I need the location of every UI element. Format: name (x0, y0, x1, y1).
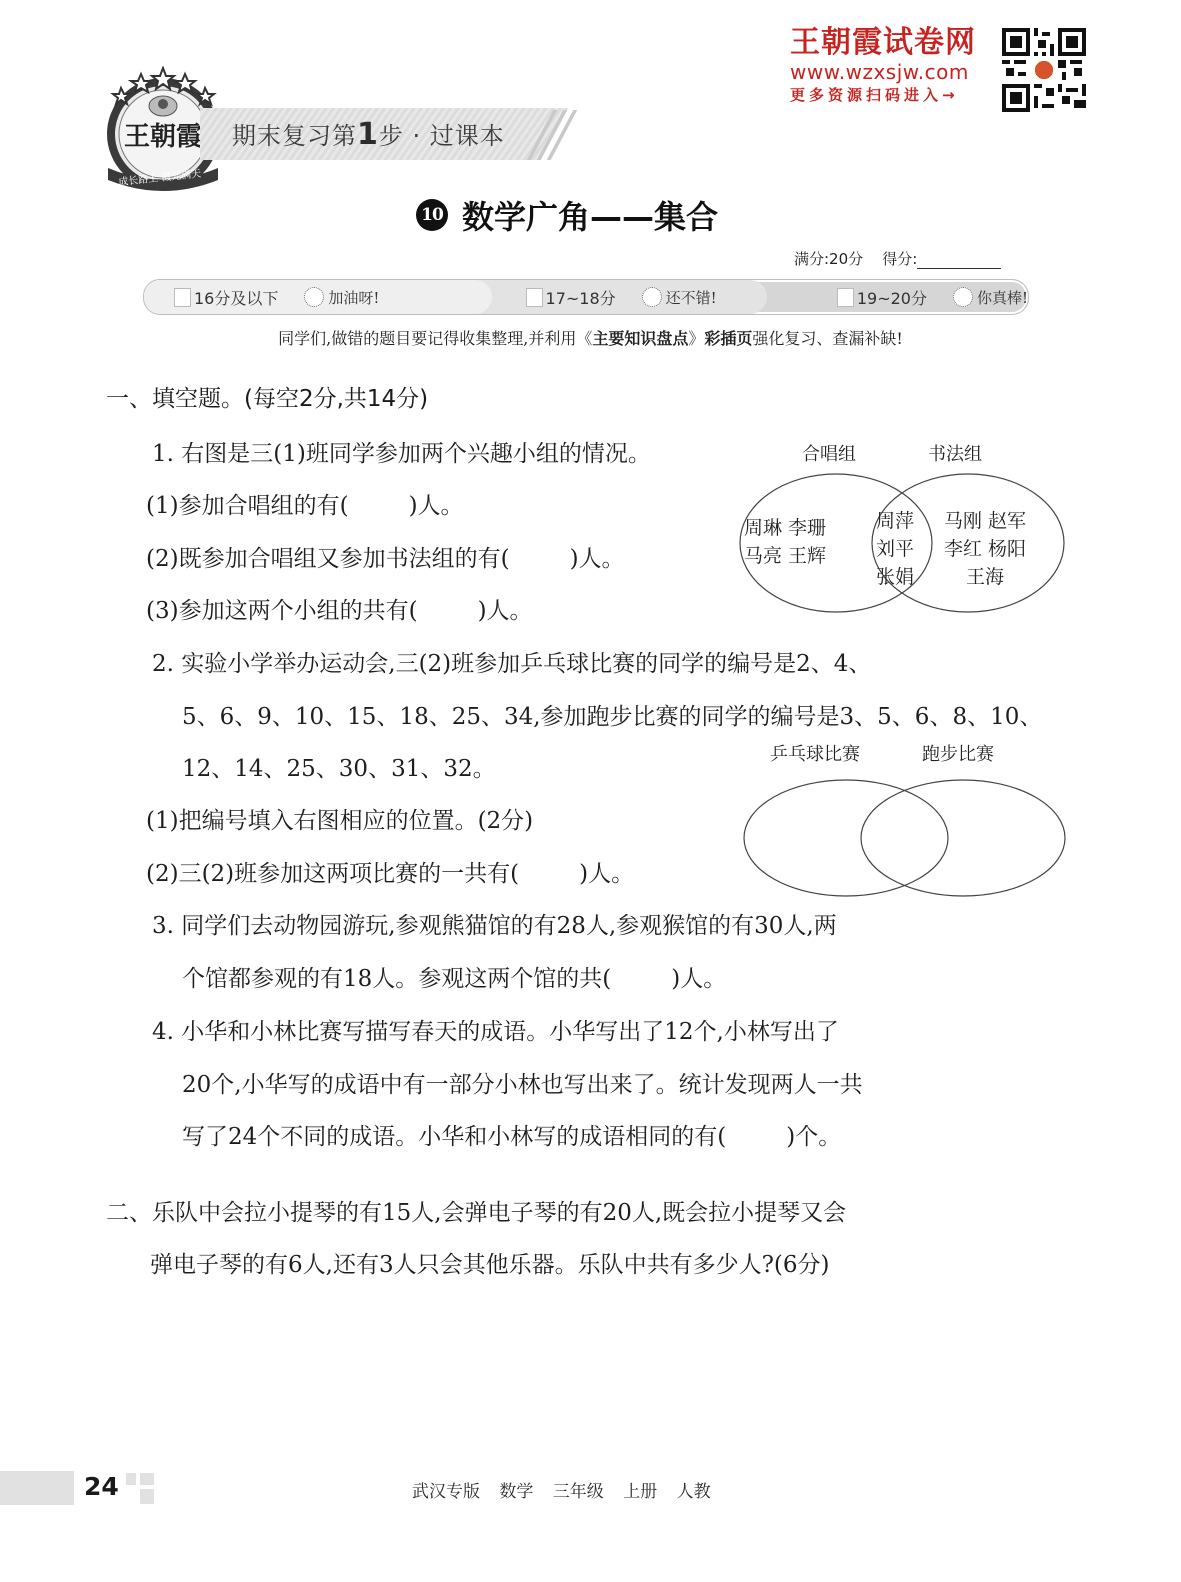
q1-sub2-text: )人。 (570, 546, 625, 572)
q1-sub3-text: )人。 (478, 598, 533, 624)
q1-sub3: (3)参加这两个小组的共有()人。 (146, 592, 533, 625)
q3-line2-text: )人。 (671, 966, 726, 992)
banner-step-number: 1 (357, 117, 379, 152)
venn1-left-only: 周琳 李珊 马亮 王辉 (744, 514, 826, 570)
page-number: 24 (84, 1472, 119, 1501)
note-text: 强化复习、查漏补缺! (752, 329, 902, 348)
footer-square-decoration (140, 1473, 154, 1485)
score-input-blank[interactable] (917, 254, 1001, 269)
tier-range: 16分及以下 (194, 286, 278, 309)
q1-sub2: (2)既参加合唱组又参加书法组的有()人。 (146, 540, 625, 573)
note-bold: 彩插页 (704, 329, 752, 348)
step-banner-text: 期末复习第1步 · 过课本 (232, 116, 505, 152)
venn1-right-row: 王海 (944, 563, 1026, 591)
score-band-tier-3: 19~20分 你真棒! (737, 280, 1028, 314)
tier-checkbox[interactable] (526, 288, 543, 307)
section-2-number: 二、 (106, 1200, 152, 1226)
section-2-line-1: 二、乐队中会拉小提琴的有15人,会弹电子琴的有20人,既会拉小提琴又会 (106, 1194, 846, 1227)
q2-line-2: 5、6、9、10、15、18、25、34,参加跑步比赛的同学的编号是3、5、6、… (182, 698, 1042, 731)
venn1-both-name: 周萍 (876, 507, 914, 535)
q4-line3-text: 写了24个不同的成语。小华和小林写的成语相同的有( (182, 1124, 726, 1150)
cheer-face-icon (304, 287, 324, 307)
venn1-right-label: 书法组 (928, 440, 982, 466)
q3-line2-text: 个馆都参观的有18人。参观这两个馆的共( (182, 966, 611, 992)
score-band-tier-1: 16分及以下 加油呀! (144, 280, 492, 314)
tier-praise: 加油呀! (328, 287, 379, 308)
lesson-title: 数学广角——集合 (462, 192, 718, 238)
logo-name: 王朝霞 (124, 116, 202, 153)
q3-line-2: 个馆都参观的有18人。参观这两个馆的共()人。 (182, 960, 726, 993)
happy-face-icon (953, 287, 973, 307)
q2-sub2: (2)三(2)班参加这两项比赛的一共有()人。 (146, 855, 634, 888)
venn2-left-label: 乒乓球比赛 (770, 740, 860, 766)
q4-line-1: 4. 小华和小林比赛写描写春天的成语。小华写出了12个,小林写出了 (152, 1013, 839, 1046)
note-bold: 主要知识盘点 (592, 329, 688, 348)
section-2-line-2: 弹电子琴的有6人,还有3人只会其他乐器。乐队中共有多少人?(6分) (150, 1246, 830, 1279)
venn1-intersection: 周萍 刘平 张娟 (876, 507, 914, 591)
tier-range: 19~20分 (857, 286, 927, 309)
smile-face-icon (642, 287, 662, 307)
page-title: 10 数学广角——集合 (416, 192, 718, 238)
section-2-text: 乐队中会拉小提琴的有15人,会弹电子琴的有20人,既会拉小提琴又会 (152, 1200, 846, 1226)
q1-sub3-text: (3)参加这两个小组的共有( (146, 598, 418, 624)
review-note: 同学们,做错的题目要记得收集整理,并利用《主要知识盘点》彩插页强化复习、查漏补缺… (0, 326, 1181, 349)
q2-line-1: 2. 实验小学举办运动会,三(2)班参加乒乓球比赛的同学的编号是2、4、 (152, 645, 871, 678)
full-score-label: 满分:20分 (794, 250, 863, 268)
footer-edition-info: 武汉专版 数学 三年级 上册 人教 (412, 1477, 711, 1502)
tier-praise: 还不错! (666, 287, 717, 308)
venn-diagram-pingpong-running[interactable] (740, 777, 1070, 897)
section-2-answer-area[interactable] (106, 1290, 1066, 1450)
brand-url[interactable]: www.wzxsjw.com (790, 60, 1000, 84)
venn1-right-row: 李红 杨阳 (944, 535, 1026, 563)
q4-line-3: 写了24个不同的成语。小华和小林写的成语相同的有()个。 (182, 1118, 841, 1151)
venn1-left-row: 马亮 王辉 (744, 542, 826, 570)
tier-checkbox[interactable] (837, 288, 854, 307)
q1-sub1-text: (1)参加合唱组的有( (146, 493, 349, 519)
got-score-label: 得分: (882, 250, 917, 268)
q1-stem: 1. 右图是三(1)班同学参加两个兴趣小组的情况。 (152, 435, 651, 468)
venn1-left-row: 周琳 李珊 (744, 514, 826, 542)
q2-sub1: (1)把编号填入右图相应的位置。(2分) (146, 802, 533, 835)
q1-sub1-text: )人。 (409, 493, 464, 519)
banner-suffix: 步 · 过课本 (379, 122, 505, 150)
score-band: 16分及以下 加油呀! 17~18分 还不错! 19~20分 你真棒! (143, 279, 1029, 315)
brand-block: 王朝霞试卷网 www.wzxsjw.com 更多资源扫码进入→ (790, 26, 1000, 106)
venn1-left-label: 合唱组 (802, 440, 856, 466)
footer-square-decoration (126, 1473, 136, 1485)
q2-sub2-text: (2)三(2)班参加这两项比赛的一共有( (146, 861, 519, 887)
q2-sub2-text: )人。 (579, 861, 634, 887)
venn2-right-label: 跑步比赛 (922, 740, 994, 766)
q4-line3-text: )个。 (786, 1124, 841, 1150)
note-text: 同学们,做错的题目要记得收集整理,并利用《 (278, 329, 592, 348)
venn1-both-name: 刘平 (876, 535, 914, 563)
brand-title: 王朝霞试卷网 (790, 26, 1000, 60)
venn1-right-row: 马刚 赵军 (944, 507, 1026, 535)
q1-sub2-text: (2)既参加合唱组又参加书法组的有( (146, 546, 510, 572)
q2-line-3: 12、14、25、30、31、32。 (182, 750, 496, 783)
qr-code-icon[interactable] (1002, 28, 1086, 112)
tier-range: 17~18分 (546, 286, 616, 309)
venn1-right-only: 马刚 赵军 李红 杨阳 王海 (944, 507, 1026, 591)
section-1-heading: 一、填空题。(每空2分,共14分) (106, 380, 428, 413)
brand-cta: 更多资源扫码进入→ (790, 84, 1000, 106)
q1-sub1: (1)参加合唱组的有()人。 (146, 487, 464, 520)
venn1-both-name: 张娟 (876, 563, 914, 591)
score-band-tier-2: 17~18分 还不错! (462, 280, 767, 314)
tier-praise: 你真棒! (977, 287, 1028, 308)
q4-line-2: 20个,小华写的成语中有一部分小林也写出来了。统计发现两人一共 (182, 1066, 863, 1099)
tier-checkbox[interactable] (174, 288, 191, 307)
banner-prefix: 期末复习第 (232, 122, 357, 150)
note-text: 》 (688, 329, 704, 348)
lesson-number-badge: 10 (416, 199, 448, 231)
footer-bar (0, 1471, 74, 1505)
footer-square-decoration (140, 1489, 154, 1504)
q3-line-1: 3. 同学们去动物园游玩,参观熊猫馆的有28人,参观猴馆的有30人,两 (152, 907, 837, 940)
score-line: 满分:20分 得分: (794, 248, 1001, 269)
